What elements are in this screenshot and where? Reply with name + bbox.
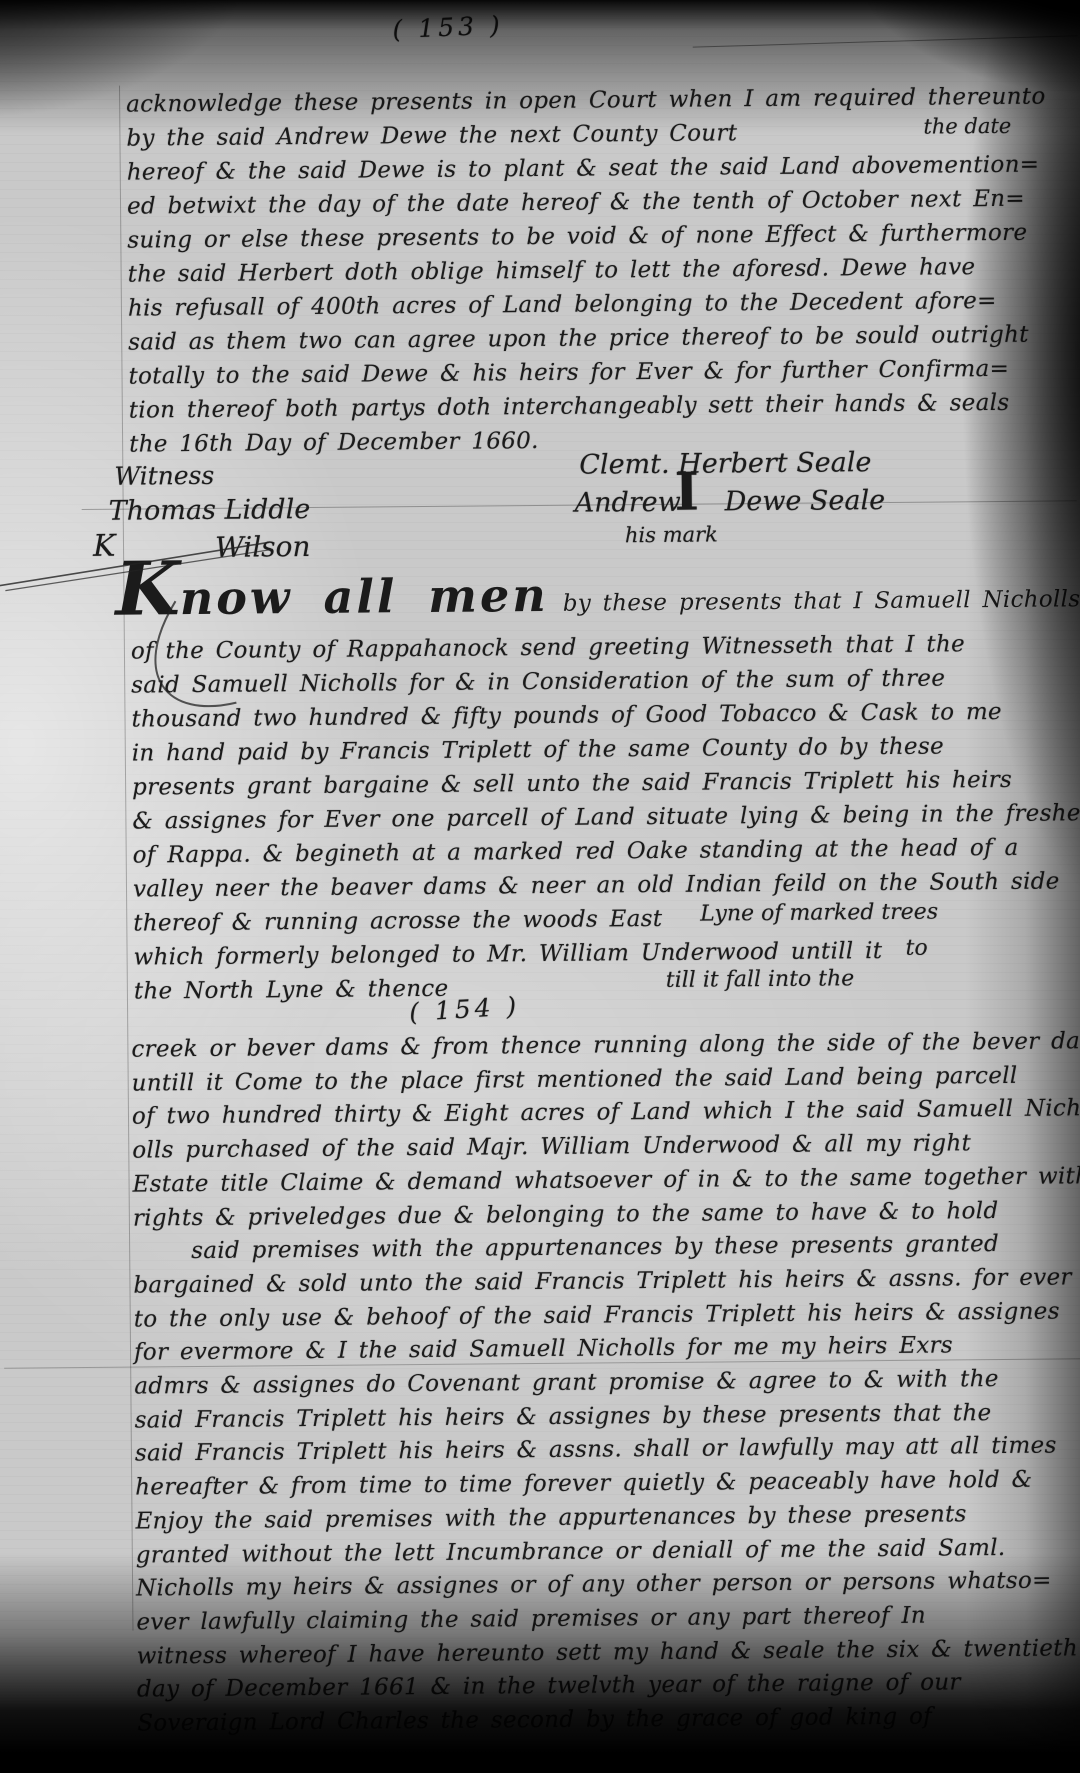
page-number-middle: ( 154 ) xyxy=(408,991,521,1027)
his-mark-glyph: I xyxy=(674,467,699,519)
page-content: ( 153 ) acknowledge these presents in op… xyxy=(0,0,1080,1773)
opening-initial: K xyxy=(115,559,180,620)
opening-rest-text: by these presents that I Samuell Nicholl… xyxy=(563,586,1080,617)
marginal-insert-fall-into: till it fall into the xyxy=(666,966,855,993)
deed-line: the North Lyne & thence xyxy=(134,966,1080,1008)
deed-line: Soveraign Lord Charles the second by the… xyxy=(137,1699,1080,1741)
witness-signature-wilson-initial: K xyxy=(93,529,116,564)
deed-continuation-paragraph: creek or bever dams & from thence runnin… xyxy=(131,1025,1080,1741)
deed-nicholls-triplett-paragraph: of the County of Rappahanock send greeti… xyxy=(131,626,1080,1008)
witness-label: Witness xyxy=(114,461,214,491)
witness-signature-thomas-liddle: Thomas Liddle xyxy=(109,494,311,527)
scratch-line xyxy=(693,35,1078,47)
signature-andrew-dewe-rest: Dewe Seale xyxy=(725,485,886,517)
scanned-deed-page: { "document": { "page_numbers": { "top":… xyxy=(0,0,1080,1773)
deed-opening-know-all-men: Know all men by these presents that I Sa… xyxy=(115,551,1080,625)
marginal-insert-to: to xyxy=(905,936,927,961)
marginal-insert-marked-trees: Lyne of marked trees xyxy=(700,900,938,927)
page-number-top: ( 153 ) xyxy=(392,10,504,44)
interlinear-insert-the-date: the date xyxy=(923,114,1011,139)
manuscript-paper: ( 153 ) acknowledge these presents in op… xyxy=(0,0,1080,1773)
signature-andrew-dewe-first: Andrew xyxy=(575,487,681,519)
opening-large-text: now all men xyxy=(180,568,549,625)
his-mark-caption: his mark xyxy=(625,522,718,547)
signature-clement-herbert: Clemt. Herbert Seale xyxy=(579,447,871,481)
